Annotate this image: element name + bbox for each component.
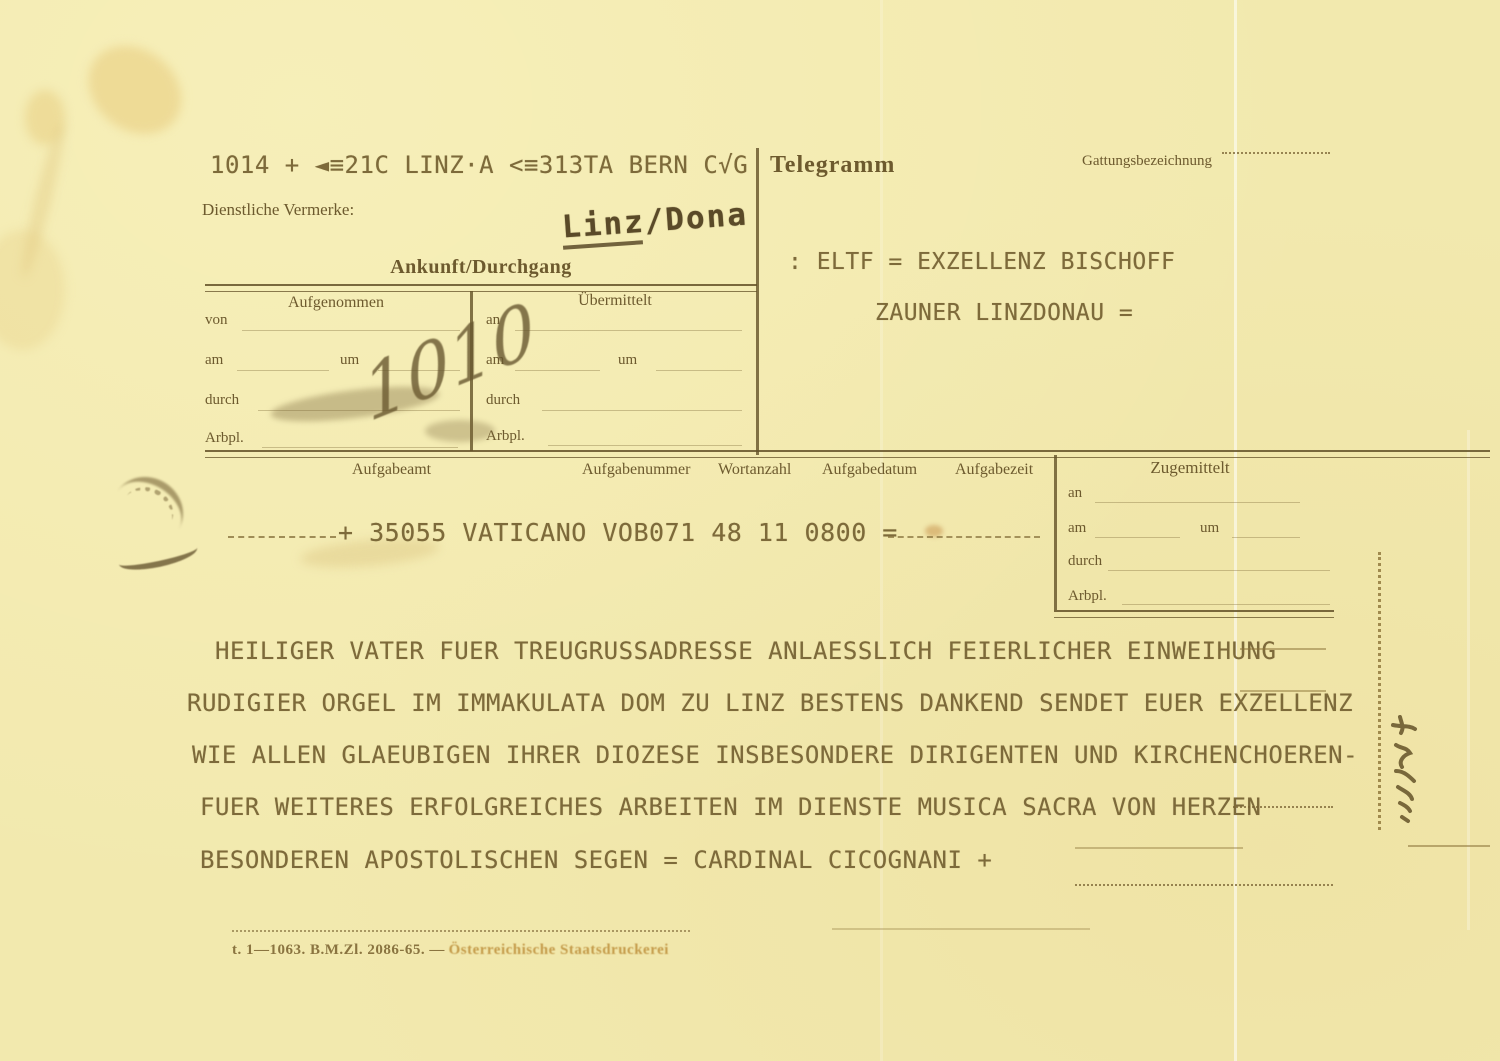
field-label-durch: durch: [1068, 553, 1102, 570]
paper-crease: [1234, 0, 1237, 1061]
paper-stain: [0, 230, 65, 350]
residual-dash: [1240, 690, 1326, 692]
footer-imprint-code: t. 1—1063. B.M.Zl. 2086-65. —: [232, 942, 445, 958]
residual-dash: [1075, 847, 1243, 849]
residual-dash: [832, 928, 1090, 930]
time-column-header: Aufgabezeit: [955, 461, 1033, 479]
field-label-an: an: [1068, 485, 1082, 502]
delivery-block-title: Zugemittelt: [1090, 458, 1290, 478]
field-label-um: um: [1200, 520, 1219, 537]
entry-trail-dashes: [888, 536, 1040, 538]
date-column-header: Aufgabedatum: [822, 461, 917, 479]
received-column-header: Aufgenommen: [205, 294, 467, 312]
telegram-form: 1014 + ◄≡21C LINZ·A <≡313TA BERN C√G Tel…: [0, 0, 1500, 1061]
message-line: HEILIGER VATER FUER TREUGRUSSADRESSE ANL…: [215, 637, 1276, 665]
origin-row-top-rule: [205, 450, 1490, 458]
field-line: [515, 330, 742, 331]
address-line-1: : ELTF = EXZELLENZ BISCHOFF: [788, 249, 1175, 275]
message-line: WIE ALLEN GLAEUBIGEN IHRER DIOZESE INSBE…: [192, 741, 1358, 769]
office-column-header: Aufgabeamt: [352, 461, 431, 479]
category-label: Gattungsbezeichnung: [1082, 153, 1212, 170]
field-label-durch: durch: [486, 392, 520, 409]
margin-dotted-line: [1378, 552, 1381, 830]
field-label-durch: durch: [205, 392, 239, 409]
address-line-2: ZAUNER LINZDONAU =: [875, 300, 1133, 326]
field-line: [1232, 537, 1300, 538]
message-line: FUER WEITERES ERFOLGREICHES ARBEITEN IM …: [200, 793, 1261, 821]
footer-printer-name: Österreichische Staatsdruckerei: [449, 942, 669, 958]
message-line: BESONDEREN APOSTOLISCHEN SEGEN = CARDINA…: [200, 846, 992, 874]
arrival-block-title: Ankunft/Durchgang: [205, 256, 757, 279]
residual-dash: [1240, 648, 1326, 650]
ink-smudge: [425, 420, 495, 442]
field-label-am: am: [205, 352, 223, 369]
field-line: [1095, 537, 1180, 538]
field-label-am: am: [1068, 520, 1086, 537]
ink-mark: [1386, 715, 1422, 825]
message-line: RUDIGIER ORGEL IM IMMAKULATA DOM ZU LINZ…: [187, 689, 1353, 717]
origin-stamp: Linz/Dona: [561, 197, 749, 246]
residual-dash: [1408, 845, 1490, 847]
residual-dash: [1075, 884, 1333, 886]
residual-dash: [1233, 806, 1333, 808]
field-line: [1122, 604, 1330, 605]
field-label-arbpl: Arbpl.: [205, 430, 244, 447]
field-line: [548, 445, 742, 446]
field-line: [1095, 502, 1300, 503]
paper-crease: [1467, 430, 1470, 930]
origin-entry-line: + 35055 VATICANO VOB071 48 11 0800 =: [338, 518, 898, 547]
field-line: [542, 410, 742, 411]
field-line: [262, 447, 458, 448]
field-label-von: von: [205, 312, 228, 329]
paper-stain: [71, 28, 199, 153]
delivery-box-bottom-rule: [1054, 610, 1334, 618]
footer-imprint: t. 1—1063. B.M.Zl. 2086-65. — Österreich…: [232, 942, 669, 959]
field-label-um: um: [340, 352, 359, 369]
field-line: [656, 370, 742, 371]
service-notes-label: Dienstliche Vermerke:: [202, 200, 354, 220]
arrival-table-top-rule: [205, 284, 757, 292]
number-column-header: Aufgabenummer: [582, 461, 690, 479]
category-fill-line: [1222, 152, 1330, 154]
form-title: Telegramm: [770, 152, 895, 179]
field-label-um: um: [618, 352, 637, 369]
field-label-arbpl: Arbpl.: [1068, 588, 1107, 605]
entry-lead-dashes: [228, 536, 336, 538]
field-line: [1108, 570, 1330, 571]
routing-header-line: 1014 + ◄≡21C LINZ·A <≡313TA BERN C√G: [210, 151, 748, 179]
field-line: [237, 370, 329, 371]
footer-dotted-line: [232, 930, 690, 932]
delivery-box-divider: [1054, 455, 1057, 610]
words-column-header: Wortanzahl: [718, 461, 791, 479]
